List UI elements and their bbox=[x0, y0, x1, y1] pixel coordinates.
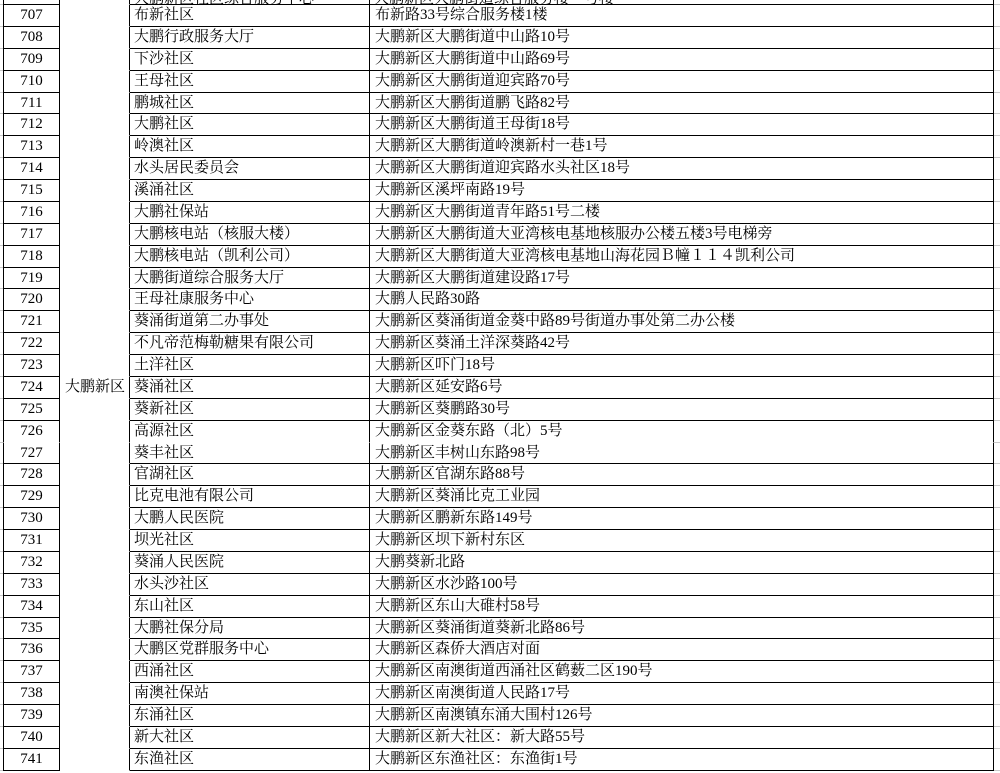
address-cell[interactable]: 大鹏新区南澳镇东涌大围村126号 bbox=[370, 705, 994, 727]
row-number-cell[interactable]: 709 bbox=[3, 49, 60, 71]
address-cell[interactable]: 大鹏新区大鹏街道大亚湾核电基地核服办公楼五楼3号电梯旁 bbox=[370, 224, 994, 246]
table-row: 731坝光社区大鹏新区坝下新村东区 bbox=[3, 530, 994, 552]
row-number-cell[interactable]: 725 bbox=[3, 399, 60, 421]
site-name-cell[interactable]: 鹏城社区 bbox=[130, 93, 370, 115]
table-row: 723土洋社区大鹏新区吓门18号 bbox=[3, 355, 994, 377]
site-name-cell[interactable]: 土洋社区 bbox=[130, 355, 370, 377]
row-number-cell[interactable]: 710 bbox=[3, 71, 60, 93]
address-cell[interactable]: 大鹏新区东山大碓村58号 bbox=[370, 596, 994, 618]
gridline-tick bbox=[994, 639, 1000, 661]
clipped-name-text: 大鹏新区社区综合服务中心 bbox=[134, 0, 314, 5]
site-name-cell[interactable]: 东渔社区 bbox=[130, 749, 370, 771]
address-cell[interactable]: 大鹏新区新大社区：新大路55号 bbox=[370, 727, 994, 749]
table-row: 728官湖社区大鹏新区官湖东路88号 bbox=[3, 464, 994, 486]
row-number-cell[interactable]: 721 bbox=[3, 311, 60, 333]
gridline-tick bbox=[994, 311, 1000, 333]
site-name-cell[interactable]: 水头居民委员会 bbox=[130, 158, 370, 180]
row-number-cell[interactable]: 720 bbox=[3, 289, 60, 311]
table-row: 715溪涌社区大鹏新区溪坪南路19号 bbox=[3, 180, 994, 202]
site-name-cell[interactable]: 西涌社区 bbox=[130, 661, 370, 683]
row-number-cell[interactable]: 730 bbox=[3, 508, 60, 530]
table-row: 714水头居民委员会大鹏新区大鹏街道迎宾路水头社区18号 bbox=[3, 158, 994, 180]
row-number-cell[interactable]: 728 bbox=[3, 464, 60, 486]
address-cell[interactable]: 大鹏新区丰树山东路98号 bbox=[370, 443, 994, 465]
address-cell[interactable]: 大鹏新区葵涌土洋深葵路42号 bbox=[370, 333, 994, 355]
address-cell[interactable]: 大鹏新区葵涌街道金葵中路89号街道办事处第二办公楼 bbox=[370, 311, 994, 333]
row-number-cell[interactable]: 716 bbox=[3, 202, 60, 224]
site-name-cell[interactable]: 不凡帝范梅勒糖果有限公司 bbox=[130, 333, 370, 355]
table-row: 707布新社区布新路33号综合服务楼1楼 bbox=[3, 5, 994, 27]
row-number-cell[interactable]: 717 bbox=[3, 224, 60, 246]
address-cell[interactable]: 大鹏新区南澳街道人民路17号 bbox=[370, 683, 994, 705]
site-name-cell[interactable]: 大鹏核电站（凯利公司） bbox=[130, 246, 370, 268]
district-merged-cell[interactable]: 大鹏新区 bbox=[60, 0, 130, 771]
row-number-cell[interactable]: 731 bbox=[3, 530, 60, 552]
address-cell[interactable]: 大鹏新区官湖东路88号 bbox=[370, 464, 994, 486]
site-name-cell[interactable]: 葵涌街道第二办事处 bbox=[130, 311, 370, 333]
site-name-cell[interactable]: 岭澳社区 bbox=[130, 136, 370, 158]
table-row: 722不凡帝范梅勒糖果有限公司大鹏新区葵涌土洋深葵路42号 bbox=[3, 333, 994, 355]
address-cell[interactable]: 大鹏新区大鹏街道综合服务楼一号楼 bbox=[370, 0, 994, 5]
site-name-cell[interactable]: 葵新社区 bbox=[130, 399, 370, 421]
row-number-cell[interactable]: 729 bbox=[3, 486, 60, 508]
site-name-cell[interactable]: 葵丰社区 bbox=[130, 443, 370, 465]
table-row: 708大鹏行政服务大厅大鹏新区大鹏街道中山路10号 bbox=[3, 27, 994, 49]
site-name-cell[interactable]: 水头沙社区 bbox=[130, 574, 370, 596]
table-row: 727葵丰社区大鹏新区丰树山东路98号 bbox=[3, 443, 994, 465]
clipped-address-text: 大鹏新区大鹏街道综合服务楼一号楼 bbox=[374, 0, 614, 5]
address-cell[interactable]: 大鹏新区森侨大酒店对面 bbox=[370, 639, 994, 661]
table-row: 735大鹏社保分局大鹏新区葵涌街道葵新北路86号 bbox=[3, 618, 994, 640]
address-cell[interactable]: 大鹏新区葵涌街道葵新北路86号 bbox=[370, 618, 994, 640]
address-cell[interactable]: 大鹏新区金葵东路（北）5号 bbox=[370, 421, 994, 443]
row-number-cell[interactable]: 724 bbox=[3, 377, 60, 399]
gridline-tick bbox=[994, 377, 1000, 399]
gridline-tick bbox=[994, 355, 1000, 377]
row-number-cell[interactable]: 722 bbox=[3, 333, 60, 355]
site-name-cell[interactable]: 大鹏人民医院 bbox=[130, 508, 370, 530]
site-name-cell[interactable]: 大鹏行政服务大厅 bbox=[130, 27, 370, 49]
gridline-tick bbox=[994, 705, 1000, 727]
site-name-cell[interactable]: 大鹏社保分局 bbox=[130, 618, 370, 640]
table-row: 741东渔社区大鹏新区东渔社区：东渔街1号 bbox=[3, 749, 994, 771]
site-name-cell[interactable]: 王母社康服务中心 bbox=[130, 289, 370, 311]
gridline-tick bbox=[994, 618, 1000, 640]
table-row: 729比克电池有限公司大鹏新区葵涌比克工业园 bbox=[3, 486, 994, 508]
address-cell[interactable]: 大鹏新区延安路6号 bbox=[370, 377, 994, 399]
table-rows: 707布新社区布新路33号综合服务楼1楼708大鹏行政服务大厅大鹏新区大鹏街道中… bbox=[3, 5, 994, 771]
site-name-cell[interactable]: 溪涌社区 bbox=[130, 180, 370, 202]
row-number-cell[interactable]: 733 bbox=[3, 574, 60, 596]
site-name-cell[interactable]: 大鹏核电站（核服大楼） bbox=[130, 224, 370, 246]
gridline-tick bbox=[994, 530, 1000, 552]
table-row: 712大鹏社区大鹏新区大鹏街道王母街18号 bbox=[3, 114, 994, 136]
address-cell[interactable]: 大鹏新区大鹏街道中山路69号 bbox=[370, 49, 994, 71]
site-name-cell[interactable]: 大鹏新区社区综合服务中心 bbox=[130, 0, 370, 5]
gridline-tick bbox=[994, 136, 1000, 158]
site-name-cell[interactable]: 布新社区 bbox=[130, 5, 370, 27]
site-name-cell[interactable]: 南澳社保站 bbox=[130, 683, 370, 705]
address-cell[interactable]: 大鹏新区南澳街道西涌社区鹤薮二区190号 bbox=[370, 661, 994, 683]
table-row: 720王母社康服务中心大鹏人民路30路 bbox=[3, 289, 994, 311]
gridline-tick bbox=[994, 464, 1000, 486]
gridline-tick bbox=[994, 93, 1000, 115]
gridline-tick bbox=[994, 158, 1000, 180]
table-row: 717大鹏核电站（核服大楼）大鹏新区大鹏街道大亚湾核电基地核服办公楼五楼3号电梯… bbox=[3, 224, 994, 246]
address-cell[interactable]: 大鹏新区大鹏街道中山路10号 bbox=[370, 27, 994, 49]
row-number-cell[interactable]: 718 bbox=[3, 246, 60, 268]
gridline-tick bbox=[994, 552, 1000, 574]
gridline-tick bbox=[994, 180, 1000, 202]
address-cell[interactable]: 大鹏新区大鹏街道王母街18号 bbox=[370, 114, 994, 136]
gridline-tick bbox=[994, 399, 1000, 421]
row-number-cell[interactable]: 726 bbox=[3, 421, 60, 443]
row-number-cell[interactable] bbox=[3, 0, 60, 5]
gridline-tick bbox=[994, 596, 1000, 618]
address-cell[interactable]: 大鹏人民路30路 bbox=[370, 289, 994, 311]
row-number-cell[interactable]: 711 bbox=[3, 93, 60, 115]
row-number-cell[interactable]: 741 bbox=[3, 749, 60, 771]
row-number-cell[interactable]: 719 bbox=[3, 268, 60, 290]
gridline-tick bbox=[994, 661, 1000, 683]
gridline-tick bbox=[994, 486, 1000, 508]
row-number-cell[interactable]: 735 bbox=[3, 618, 60, 640]
row-number-cell[interactable]: 737 bbox=[3, 661, 60, 683]
address-cell[interactable]: 大鹏新区溪坪南路19号 bbox=[370, 180, 994, 202]
clipped-top-row: 大鹏新区社区综合服务中心 大鹏新区大鹏街道综合服务楼一号楼 bbox=[3, 0, 994, 5]
address-cell[interactable]: 大鹏新区鹏新东路149号 bbox=[370, 508, 994, 530]
site-name-cell[interactable]: 王母社区 bbox=[130, 71, 370, 93]
address-cell[interactable]: 大鹏新区大鹏街道岭澳新村一巷1号 bbox=[370, 136, 994, 158]
row-number-cell[interactable]: 707 bbox=[3, 5, 60, 27]
row-number-cell[interactable]: 732 bbox=[3, 552, 60, 574]
table-row: 733水头沙社区大鹏新区水沙路100号 bbox=[3, 574, 994, 596]
address-cell[interactable]: 大鹏新区坝下新村东区 bbox=[370, 530, 994, 552]
site-name-cell[interactable]: 大鹏社保站 bbox=[130, 202, 370, 224]
address-cell[interactable]: 大鹏新区大鹏街道建设路17号 bbox=[370, 268, 994, 290]
row-number-cell[interactable]: 713 bbox=[3, 136, 60, 158]
gridline-tick bbox=[994, 683, 1000, 705]
gridline-tick bbox=[994, 5, 1000, 27]
address-cell[interactable]: 大鹏葵新北路 bbox=[370, 552, 994, 574]
row-number-cell[interactable]: 734 bbox=[3, 596, 60, 618]
row-number-cell[interactable]: 723 bbox=[3, 355, 60, 377]
site-name-cell[interactable]: 下沙社区 bbox=[130, 49, 370, 71]
row-number-cell[interactable]: 738 bbox=[3, 683, 60, 705]
gridline-tick bbox=[994, 71, 1000, 93]
address-cell[interactable]: 大鹏新区大鹏街道迎宾路水头社区18号 bbox=[370, 158, 994, 180]
table-row: 719大鹏街道综合服务大厅大鹏新区大鹏街道建设路17号 bbox=[3, 268, 994, 290]
gridline-tick bbox=[994, 421, 1000, 443]
row-number-cell[interactable]: 708 bbox=[3, 27, 60, 49]
table-row: 713岭澳社区大鹏新区大鹏街道岭澳新村一巷1号 bbox=[3, 136, 994, 158]
row-number-cell[interactable]: 714 bbox=[3, 158, 60, 180]
row-number-cell[interactable]: 712 bbox=[3, 114, 60, 136]
site-name-cell[interactable]: 比克电池有限公司 bbox=[130, 486, 370, 508]
gridline-tick bbox=[994, 246, 1000, 268]
row-number-cell[interactable]: 727 bbox=[3, 443, 60, 465]
row-number-cell[interactable]: 740 bbox=[3, 727, 60, 749]
gridline-tick bbox=[994, 202, 1000, 224]
address-cell[interactable]: 大鹏新区大鹏街道大亚湾核电基地山海花园Ｂ幢１１４凯利公司 bbox=[370, 246, 994, 268]
row-number-cell[interactable]: 736 bbox=[3, 639, 60, 661]
gridline-tick bbox=[994, 443, 1000, 465]
address-cell[interactable]: 大鹏新区大鹏街道迎宾路70号 bbox=[370, 71, 994, 93]
table-row: 740新大社区大鹏新区新大社区：新大路55号 bbox=[3, 727, 994, 749]
table-row: 738南澳社保站大鹏新区南澳街道人民路17号 bbox=[3, 683, 994, 705]
table-row: 726高源社区大鹏新区金葵东路（北）5号 bbox=[3, 421, 994, 443]
table-row: 724葵涌社区大鹏新区延安路6号 bbox=[3, 377, 994, 399]
right-gridline-gutter bbox=[994, 0, 1000, 771]
gridline-tick bbox=[994, 289, 1000, 311]
table-row: 730大鹏人民医院大鹏新区鹏新东路149号 bbox=[3, 508, 994, 530]
table-row: 716大鹏社保站大鹏新区大鹏街道青年路51号二楼 bbox=[3, 202, 994, 224]
site-name-cell[interactable]: 东山社区 bbox=[130, 596, 370, 618]
gridline-tick bbox=[994, 268, 1000, 290]
spreadsheet-view: 大鹏新区社区综合服务中心 大鹏新区大鹏街道综合服务楼一号楼 707布新社区布新路… bbox=[0, 0, 1000, 773]
table-row: 710王母社区大鹏新区大鹏街道迎宾路70号 bbox=[3, 71, 994, 93]
address-cell[interactable]: 大鹏新区东渔社区：东渔街1号 bbox=[370, 749, 994, 771]
site-name-cell[interactable]: 新大社区 bbox=[130, 727, 370, 749]
address-cell[interactable]: 大鹏新区葵鹏路30号 bbox=[370, 399, 994, 421]
row-number-cell[interactable]: 739 bbox=[3, 705, 60, 727]
gridline-tick bbox=[994, 574, 1000, 596]
gridline-tick bbox=[994, 508, 1000, 530]
table-row: 721葵涌街道第二办事处大鹏新区葵涌街道金葵中路89号街道办事处第二办公楼 bbox=[3, 311, 994, 333]
gridline-tick bbox=[994, 224, 1000, 246]
gridline-tick bbox=[994, 114, 1000, 136]
table-row: 711鹏城社区大鹏新区大鹏街道鹏飞路82号 bbox=[3, 93, 994, 115]
site-name-cell[interactable]: 坝光社区 bbox=[130, 530, 370, 552]
gridline-tick bbox=[994, 49, 1000, 71]
gridline-tick bbox=[994, 749, 1000, 771]
address-cell[interactable]: 大鹏新区吓门18号 bbox=[370, 355, 994, 377]
address-cell[interactable]: 布新路33号综合服务楼1楼 bbox=[370, 5, 994, 27]
table-row: 737西涌社区大鹏新区南澳街道西涌社区鹤薮二区190号 bbox=[3, 661, 994, 683]
table-row: 736大鹏区党群服务中心大鹏新区森侨大酒店对面 bbox=[3, 639, 994, 661]
site-name-cell[interactable]: 高源社区 bbox=[130, 421, 370, 443]
address-cell[interactable]: 大鹏新区大鹏街道青年路51号二楼 bbox=[370, 202, 994, 224]
gridline-tick bbox=[994, 333, 1000, 355]
site-name-cell[interactable]: 大鹏区党群服务中心 bbox=[130, 639, 370, 661]
address-cell[interactable]: 大鹏新区水沙路100号 bbox=[370, 574, 994, 596]
gridline-tick bbox=[994, 27, 1000, 49]
site-name-cell[interactable]: 大鹏社区 bbox=[130, 114, 370, 136]
locations-table: 大鹏新区社区综合服务中心 大鹏新区大鹏街道综合服务楼一号楼 707布新社区布新路… bbox=[3, 0, 994, 771]
table-row: 734东山社区大鹏新区东山大碓村58号 bbox=[3, 596, 994, 618]
table-row: 725葵新社区大鹏新区葵鹏路30号 bbox=[3, 399, 994, 421]
site-name-cell[interactable]: 东涌社区 bbox=[130, 705, 370, 727]
address-cell[interactable]: 大鹏新区大鹏街道鹏飞路82号 bbox=[370, 93, 994, 115]
table-row: 739东涌社区大鹏新区南澳镇东涌大围村126号 bbox=[3, 705, 994, 727]
table-row: 732葵涌人民医院大鹏葵新北路 bbox=[3, 552, 994, 574]
table-row: 709下沙社区大鹏新区大鹏街道中山路69号 bbox=[3, 49, 994, 71]
site-name-cell[interactable]: 葵涌人民医院 bbox=[130, 552, 370, 574]
site-name-cell[interactable]: 官湖社区 bbox=[130, 464, 370, 486]
table-row: 718大鹏核电站（凯利公司）大鹏新区大鹏街道大亚湾核电基地山海花园Ｂ幢１１４凯利… bbox=[3, 246, 994, 268]
address-cell[interactable]: 大鹏新区葵涌比克工业园 bbox=[370, 486, 994, 508]
gridline-tick bbox=[994, 727, 1000, 749]
row-number-cell[interactable]: 715 bbox=[3, 180, 60, 202]
site-name-cell[interactable]: 大鹏街道综合服务大厅 bbox=[130, 268, 370, 290]
site-name-cell[interactable]: 葵涌社区 bbox=[130, 377, 370, 399]
